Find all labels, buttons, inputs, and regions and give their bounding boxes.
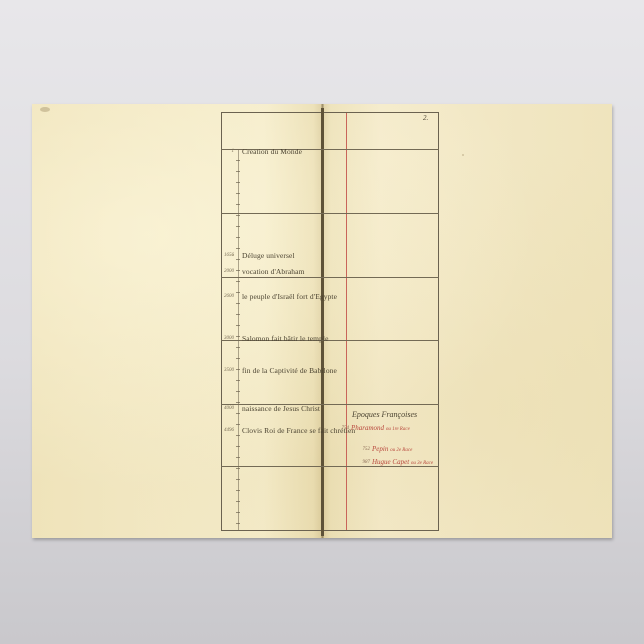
year-tick	[236, 391, 240, 392]
epoch-entry: Pepin ou 2e Race	[372, 445, 412, 453]
year-tick	[236, 512, 240, 513]
year-tick	[236, 182, 240, 183]
year-tick	[236, 325, 240, 326]
entry-year: 4496	[218, 428, 234, 433]
year-tick	[236, 193, 240, 194]
year-tick	[236, 490, 240, 491]
year-tick	[236, 259, 240, 260]
year-tick	[236, 457, 240, 458]
epoch-race: ou 1re Race	[386, 427, 410, 432]
year-tick	[236, 226, 240, 227]
entry-year: 3000	[218, 336, 234, 341]
entry-year: 1	[218, 149, 234, 154]
epoch-year: 754	[327, 426, 349, 431]
epoch-name: Pepin	[372, 445, 390, 453]
year-tick	[236, 215, 240, 216]
year-tick	[236, 171, 240, 172]
year-tick	[236, 413, 240, 414]
year-tick	[236, 336, 240, 337]
year-tick	[236, 446, 240, 447]
timeline-entry: vocation d'Abraham	[242, 267, 305, 276]
year-tick	[236, 292, 240, 293]
epoch-name: Hugue Capet	[372, 458, 411, 466]
year-tick	[236, 435, 240, 436]
entry-year: 1656	[218, 253, 234, 258]
page-number: 2.	[423, 114, 428, 122]
year-tick	[236, 424, 240, 425]
entry-year: 2000	[218, 269, 234, 274]
table-row-divider	[221, 466, 439, 467]
year-tick	[236, 248, 240, 249]
epoch-entry: Hugue Capet ou 3e Race	[372, 458, 433, 466]
paper-stain	[462, 154, 464, 156]
year-tick	[236, 358, 240, 359]
timeline-entry: fin de la Captivité de Babilone	[242, 366, 337, 375]
year-tick	[236, 303, 240, 304]
entry-year: 2600	[218, 294, 234, 299]
timeline-table	[221, 112, 439, 531]
year-tick	[236, 204, 240, 205]
timeline-entry: naissance de Jesus Christ	[242, 404, 320, 413]
entry-year: 4000	[218, 406, 234, 411]
table-row-divider	[221, 277, 439, 278]
year-tick	[236, 468, 240, 469]
table-row-divider	[221, 213, 439, 214]
year-tick	[236, 281, 240, 282]
year-tick	[236, 402, 240, 403]
epoch-race: ou 2e Race	[390, 448, 412, 453]
gutter-line	[321, 108, 324, 536]
year-tick	[236, 479, 240, 480]
entry-year: 3500	[218, 368, 234, 373]
year-tick	[236, 380, 240, 381]
red-margin-line	[346, 113, 347, 530]
year-tick	[236, 501, 240, 502]
epoch-entry: Pharamond ou 1re Race	[351, 424, 410, 432]
epoch-name: Pharamond	[351, 424, 386, 432]
epoch-race: ou 3e Race	[411, 461, 433, 466]
timeline-entry: Salomon fait bâtir le temple	[242, 334, 329, 343]
year-tick	[236, 314, 240, 315]
year-tick	[236, 347, 240, 348]
year-tick	[236, 523, 240, 524]
epoch-year: 987	[348, 460, 370, 465]
timeline-entry: Déluge universel	[242, 251, 295, 260]
timeline-entry: le peuple d'Israël fort d'Egypte	[242, 292, 337, 301]
year-tick	[236, 369, 240, 370]
year-tick	[236, 270, 240, 271]
paper-stain	[40, 107, 50, 112]
timeline-entry: Creation du Monde	[242, 147, 302, 156]
epoch-year: 752	[348, 447, 370, 452]
year-tick	[236, 237, 240, 238]
french-epochs-title: Epoques Françoises	[352, 410, 417, 419]
year-tick	[236, 160, 240, 161]
